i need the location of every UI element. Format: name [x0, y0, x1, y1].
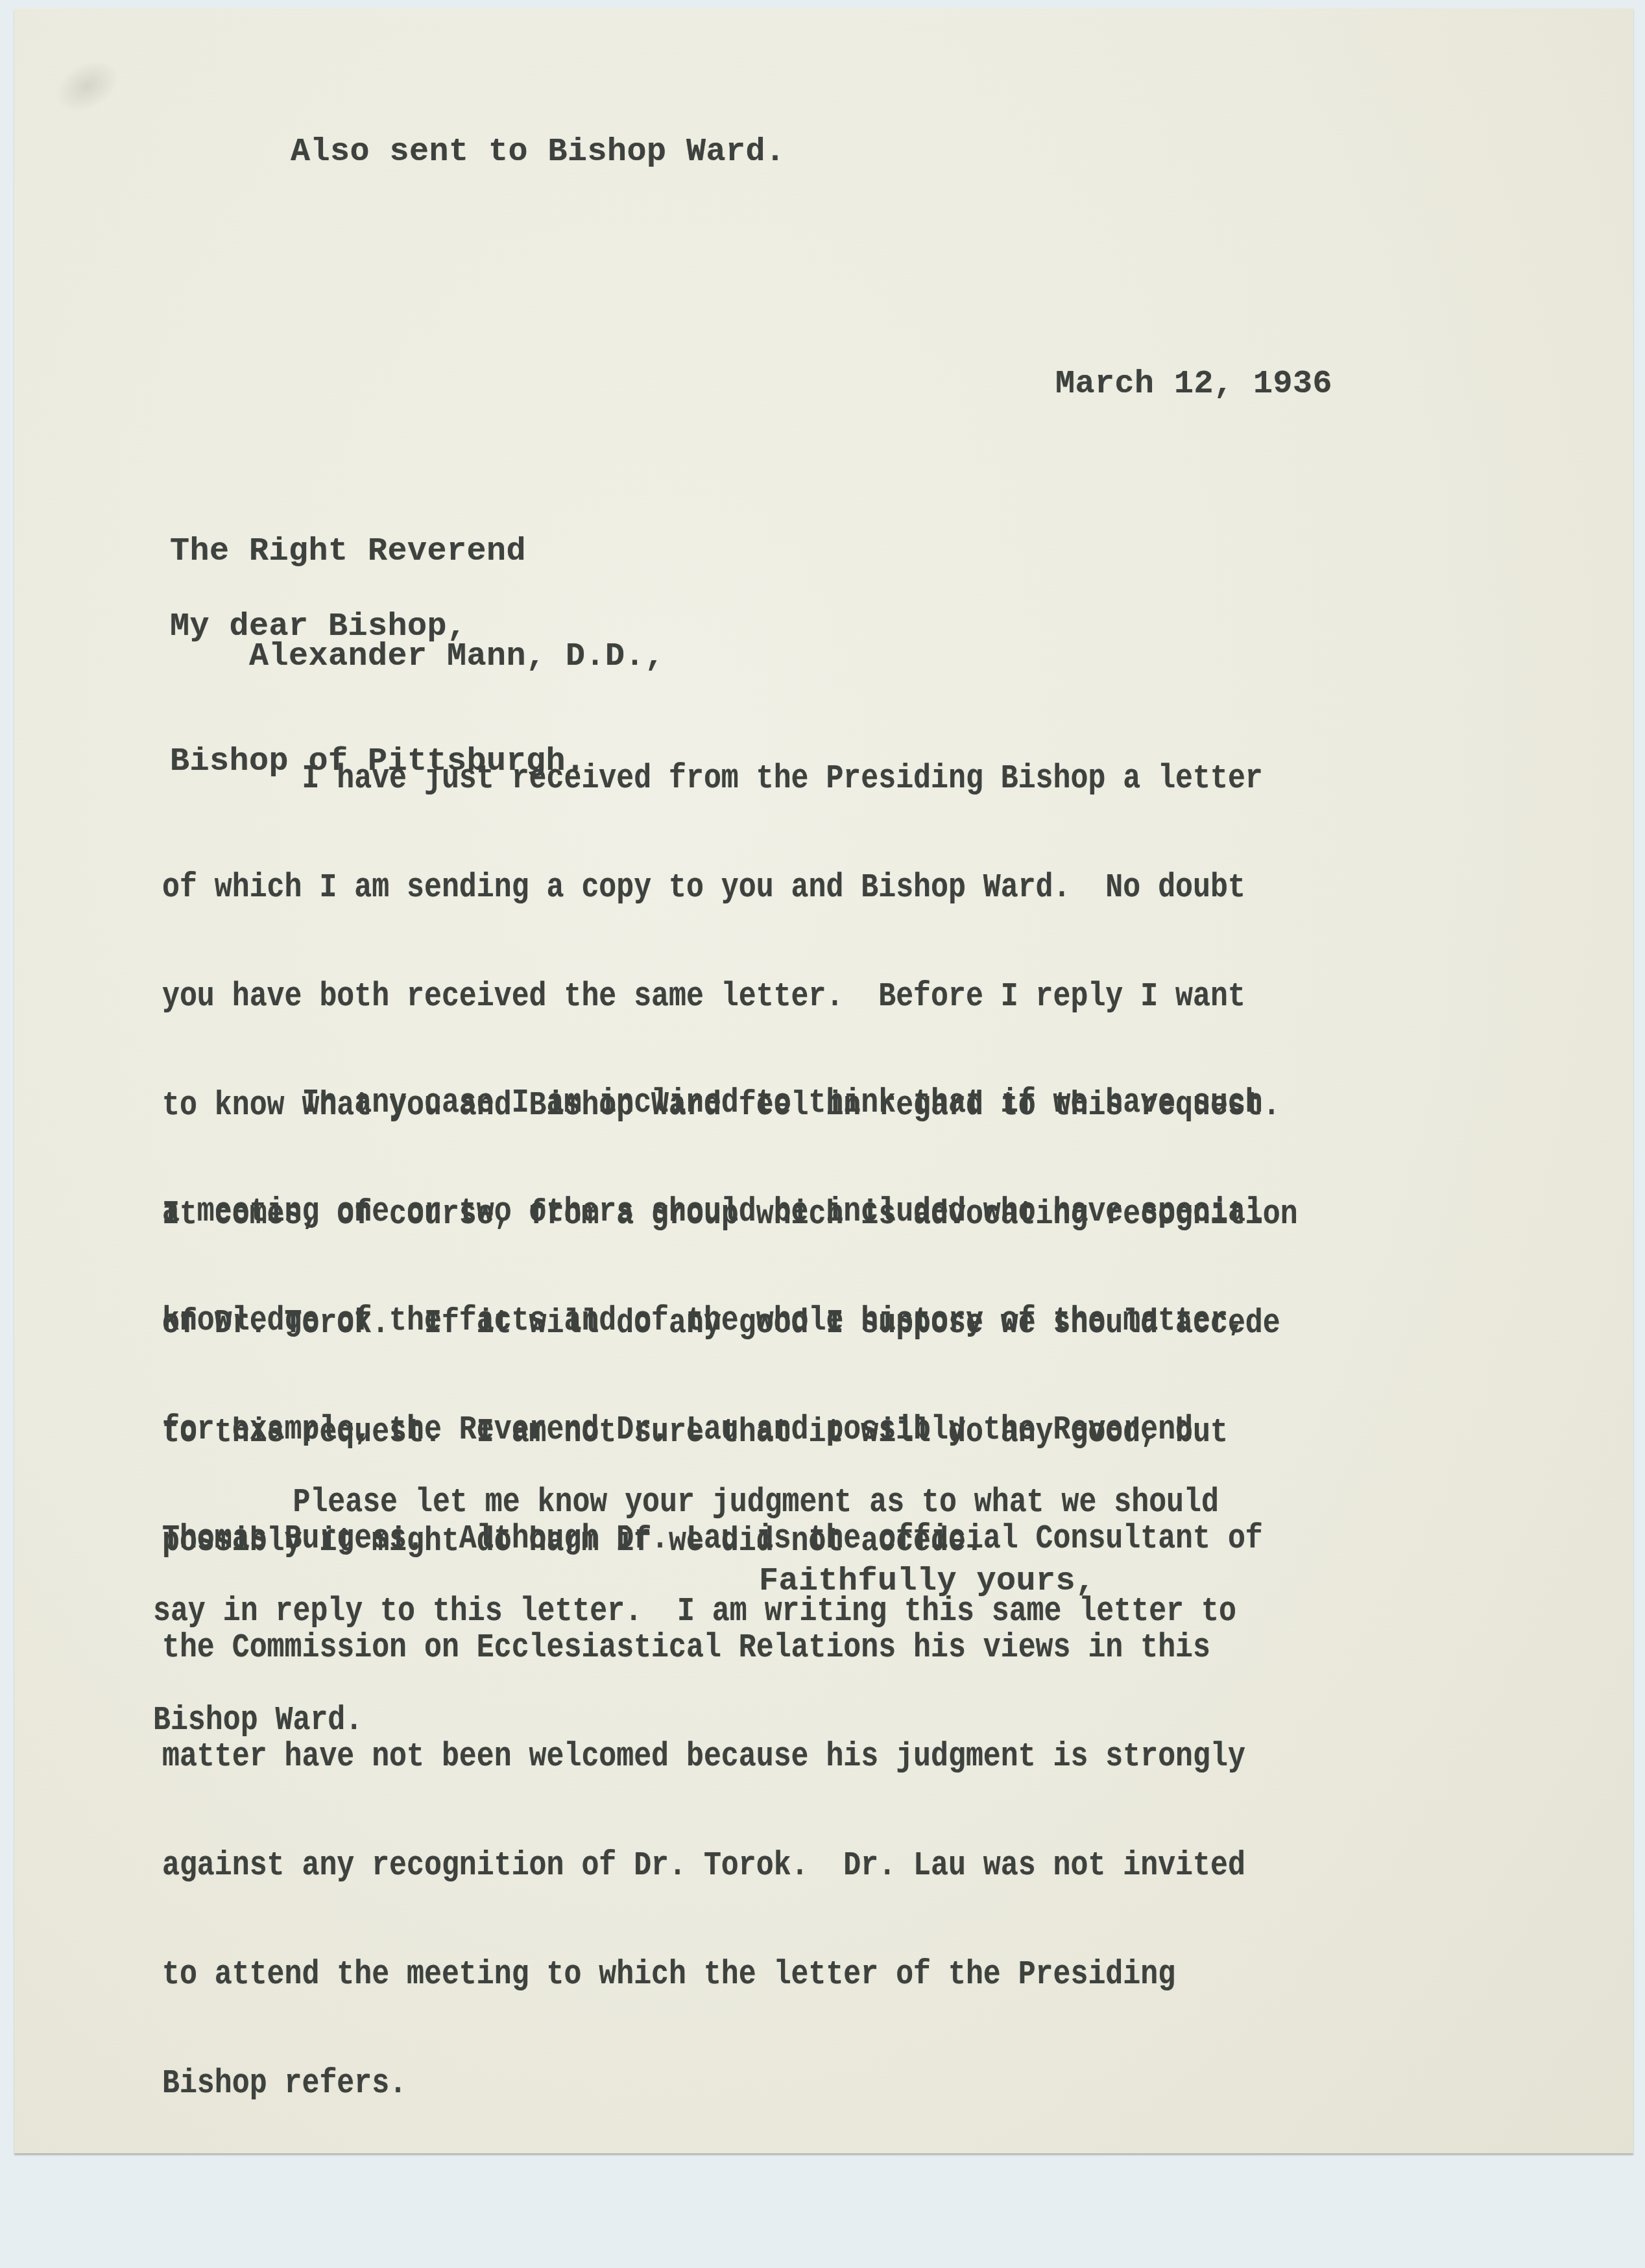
paragraph-line: you have both received the same letter. …: [162, 979, 1298, 1016]
paragraph-line: In any case I am inclined to think that …: [162, 1086, 1263, 1122]
letter-date: March 12, 1936: [1055, 367, 1332, 402]
paragraph-line: knowledge of the facts and of the whole …: [162, 1304, 1263, 1340]
paragraph-line: against any recognition of Dr. Torok. Dr…: [162, 1848, 1263, 1885]
paragraph-line: Please let me know your judgment as to w…: [153, 1485, 1236, 1522]
salutation: My dear Bishop,: [170, 610, 467, 645]
paragraph-line: a meeting one or two others should be in…: [162, 1195, 1263, 1231]
paragraph-line: of which I am sending a copy to you and …: [162, 870, 1298, 907]
paragraph-line: Bishop Ward.: [153, 1703, 1236, 1739]
closing: Faithfully yours,: [759, 1564, 1096, 1599]
paragraph-line: to attend the meeting to which the lette…: [162, 1957, 1263, 1994]
copy-notation: Also sent to Bishop Ward.: [291, 135, 786, 170]
paragraph-line: I have just received from the Presiding …: [162, 761, 1298, 798]
paragraph-line: Bishop refers.: [162, 2066, 1263, 2103]
recipient-title: The Right Reverend: [170, 534, 665, 569]
pencil-smudge-mark: [47, 49, 128, 123]
